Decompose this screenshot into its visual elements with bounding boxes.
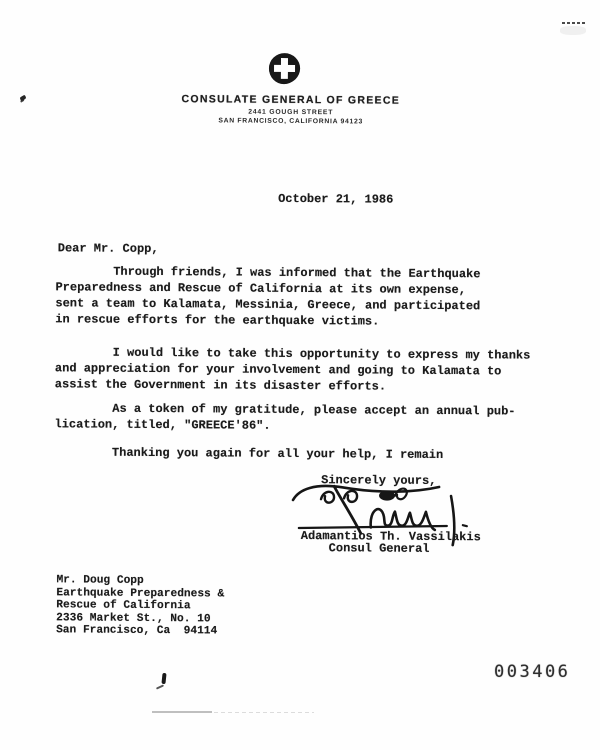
scan-line-artifact [214,712,314,713]
signer-title: Consul General [329,540,430,557]
paragraph-1: Through friends, I was informed that the… [55,263,525,330]
scanned-letter-page: CONSULATE GENERAL OF GREECE 2441 GOUGH S… [0,0,600,750]
scan-artifact-dashes [562,22,586,24]
recipient-line: Earthquake Preparedness & [56,587,224,601]
scan-smudge [560,26,586,35]
recipient-line: Mr. Doug Copp [56,574,224,588]
document-number-stamp: 003406 [494,662,570,682]
paragraph-3: As a token of my gratitude, please accep… [54,400,534,435]
recipient-line: Rescue of California [56,599,224,613]
letterhead-org-name: CONSULATE GENERAL OF GREECE [2,92,580,108]
recipient-address-block: Mr. Doug Copp Earthquake Preparedness & … [56,574,224,638]
scan-line-artifact [152,711,212,713]
paragraph-4: Thanking you again for all your help, I … [54,444,534,463]
greece-emblem-icon [268,52,301,85]
letter-date: October 21, 1986 [278,191,393,208]
letter-content: CONSULATE GENERAL OF GREECE 2441 GOUGH S… [0,0,600,750]
salutation: Dear Mr. Copp, [58,240,159,257]
recipient-line: 2336 Market St., No. 10 [56,612,224,626]
paragraph-2: I would like to take this opportunity to… [55,344,535,395]
recipient-line: San Francisco, Ca 94114 [56,624,224,638]
letterhead-city-line: SAN FRANCISCO, CALIFORNIA 94123 [2,115,580,126]
